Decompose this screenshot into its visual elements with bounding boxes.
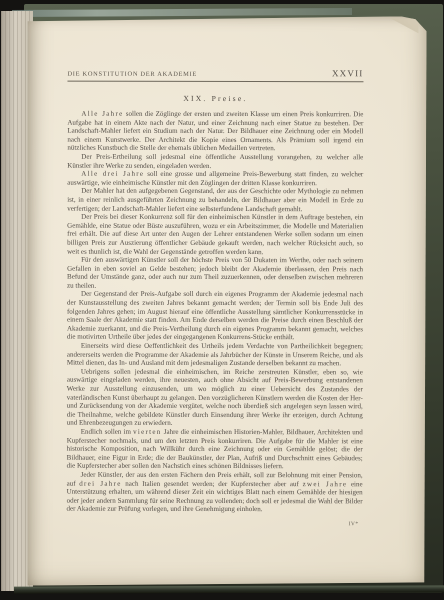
text-segment: Der Preis-Ertheilung soll jedesmal eine … — [67, 153, 363, 170]
book-page: DIE KONSTITUTION DER AKADEMIE XXVII XIX.… — [26, 16, 426, 587]
page-header: DIE KONSTITUTION DER AKADEMIE XXVII — [67, 68, 363, 83]
text-block: DIE KONSTITUTION DER AKADEMIE XXVII XIX.… — [67, 68, 364, 528]
letterspaced-text: Alle Jahre — [81, 110, 123, 118]
book-cover-bottom-edge — [14, 585, 444, 593]
paragraph: Der Mahler hat den aufgegebenen Gegensta… — [67, 187, 363, 213]
paragraph: Der Preis-Ertheilung soll jedesmal eine … — [67, 153, 363, 171]
paragraph: Einerseits wird diese Oeffentlichkeit de… — [67, 342, 363, 368]
text-segment: Endlich sollen im — [81, 428, 133, 436]
paragraph: Alle Jahre sollen die Zöglinge der erste… — [67, 110, 363, 154]
text-segment: Für den auswärtigen Künstler soll der hö… — [67, 256, 363, 290]
paragraph: Uebrigens sollen jedesmal die einheimisc… — [67, 367, 363, 428]
page-number: XXVII — [332, 68, 364, 78]
paragraph: Für den auswärtigen Künstler soll der hö… — [67, 256, 363, 291]
paragraph: Alle drei Jahre soll eine grosse und all… — [67, 170, 363, 188]
text-segment: Einerseits wird diese Oeffentlichkeit de… — [67, 342, 363, 368]
page-corner-fold — [391, 18, 419, 33]
section-title: XIX. Preise. — [67, 94, 363, 104]
text-segment: Der Mahler hat den aufgegebenen Gegensta… — [67, 187, 363, 213]
scanned-book-photo: DIE KONSTITUTION DER AKADEMIE XXVII XIX.… — [0, 0, 444, 600]
paragraph: Jeder Künstler, der aus den ersten Fäche… — [67, 471, 363, 515]
body-text: Alle Jahre sollen die Zöglinge der erste… — [67, 110, 364, 515]
running-title: DIE KONSTITUTION DER AKADEMIE — [67, 71, 196, 78]
text-segment: Der Preis bei dieser Konkurrenz soll für… — [67, 213, 363, 256]
paragraph: Der Gegenstand der Preis-Aufgabe soll du… — [67, 290, 363, 342]
text-segment: nach Italien gesendet werden; der Kupfer… — [122, 479, 303, 487]
printer-signature-mark: IV* — [67, 521, 363, 528]
letterspaced-text: drei Jahre — [79, 479, 121, 487]
letterspaced-text: Alle drei Jahre — [81, 170, 144, 178]
letterspaced-text: vierten — [133, 428, 162, 436]
paragraph: Endlich sollen im vierten Jahre die einh… — [67, 428, 363, 472]
letterspaced-text: zwei Jahre — [303, 480, 348, 488]
text-segment: Uebrigens sollen jedesmal die einheimisc… — [67, 368, 363, 428]
text-segment: Der Gegenstand der Preis-Aufgabe soll du… — [67, 290, 363, 341]
paragraph: Der Preis bei dieser Konkurrenz soll für… — [67, 213, 363, 257]
